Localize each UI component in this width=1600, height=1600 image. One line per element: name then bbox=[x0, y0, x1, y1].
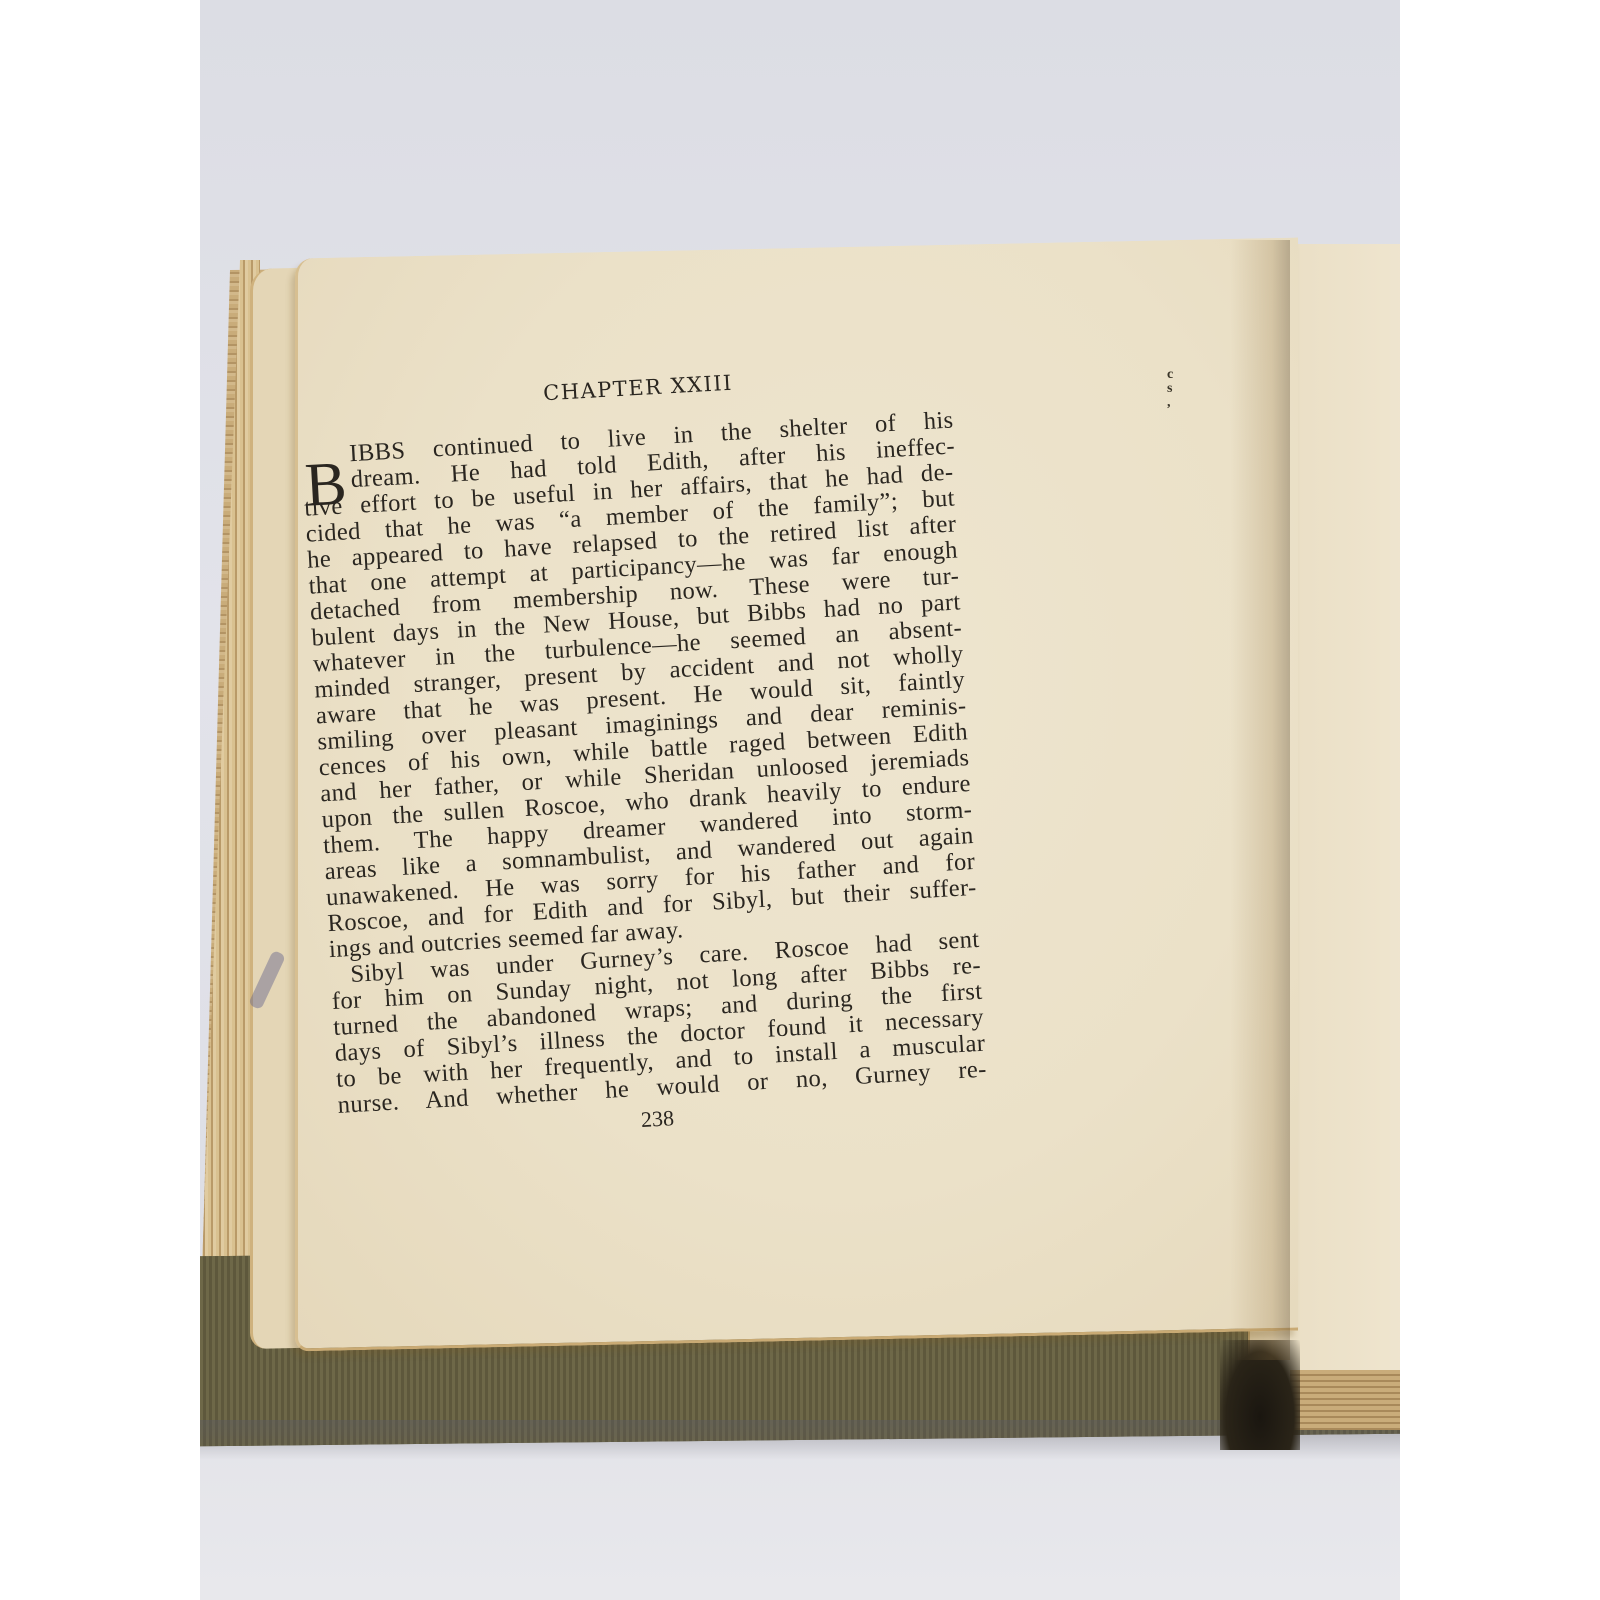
right-page-text-fragment: c s , bbox=[1167, 368, 1177, 410]
right-page-block bbox=[1290, 1370, 1400, 1430]
page-number: 238 bbox=[640, 1105, 674, 1133]
gutter-shadow bbox=[1230, 240, 1290, 1360]
